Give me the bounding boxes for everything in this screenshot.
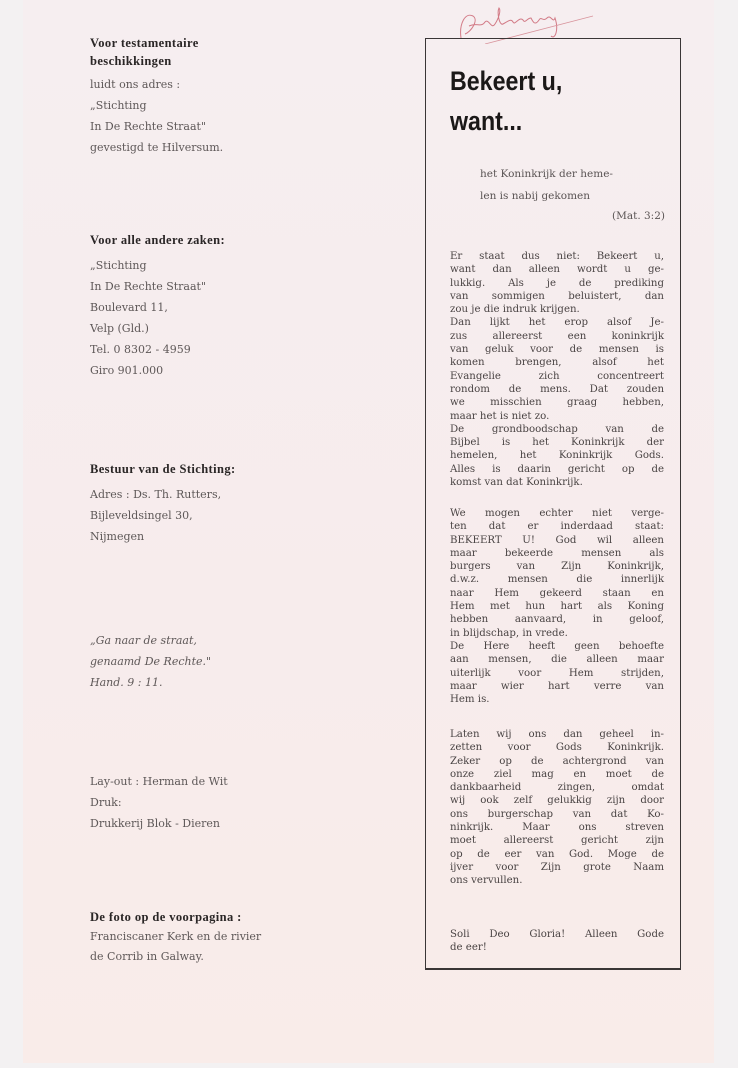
article-line: BEKEERT U! God wil alleen <box>450 534 664 547</box>
article-line: We mogen echter niet verge- <box>450 507 664 520</box>
article-line: De Here heeft geen behoefte <box>450 640 664 653</box>
bible-quote: „Ga naar de straat, genaamd De Rechte." … <box>90 630 330 693</box>
verse-line: len is nabij gekomen <box>480 185 665 207</box>
article-line: van sommigen beluistert, dan <box>450 290 664 303</box>
other-matters-section: Voor alle andere zaken: „Stichting In De… <box>90 231 330 381</box>
board-section: Bestuur van de Stichting: Adres : Ds. Th… <box>90 460 330 547</box>
article-line: ten dat er inderdaad staat: <box>450 520 664 533</box>
article-line: rondom de mens. Dat zouden <box>450 383 664 396</box>
article-line: dankbaarheid zingen, omdat <box>450 781 664 794</box>
article-paragraph-1: Er staat dus niet: Bekeert u,want dan al… <box>450 250 664 489</box>
article-line: Zeker op de achtergrond van <box>450 755 664 768</box>
article-line: ijver voor Zijn grote Naam <box>450 861 664 874</box>
text-line: „Stichting <box>90 95 330 116</box>
text-line: In De Rechte Straat" <box>90 116 330 137</box>
article-closing: Soli Deo Gloria! Alleen Godede eer! <box>450 928 664 955</box>
article-line: ons burgerschap van dat Ko- <box>450 808 664 821</box>
layout-credit: Lay-out : Herman de Wit <box>90 771 330 792</box>
testamentary-section: Voor testamentaire beschikkingen luidt o… <box>90 34 330 158</box>
verse-reference: (Mat. 3:2) <box>480 207 665 225</box>
testamentary-lines: luidt ons adres : „Stichting In De Recht… <box>90 74 330 158</box>
article-line: naar Hem gekeerd staan en <box>450 587 664 600</box>
article-line: Soli Deo Gloria! Alleen Gode <box>450 928 664 941</box>
article-line: Evangelie zich concentreert <box>450 370 664 383</box>
article-line: zus allereerst een koninkrijk <box>450 330 664 343</box>
print-label: Druk: <box>90 792 330 813</box>
article-line: wij ook zelf gelukkig zijn door <box>450 794 664 807</box>
article-line: hebben aanvaard, in geloof, <box>450 613 664 626</box>
text-line: Boulevard 11, <box>90 297 330 318</box>
article-line: De grondboodschap van de <box>450 423 664 436</box>
text-line: „Stichting <box>90 255 330 276</box>
article-line: maar wier hart verre van <box>450 680 664 693</box>
article-paragraph-2: We mogen echter niet verge-ten dat er in… <box>450 507 664 706</box>
quote-line: genaamd De Rechte." <box>90 651 330 672</box>
photo-section: De foto op de voorpagina : Franciscaner … <box>90 908 330 966</box>
text-line: gevestigd te Hilversum. <box>90 137 330 158</box>
article-line: want dan alleen wordt u ge- <box>450 263 664 276</box>
text-line: Adres : Ds. Th. Rutters, <box>90 484 330 505</box>
text-line: de Corrib in Galway. <box>90 947 330 967</box>
text-line: Bijleveldsingel 30, <box>90 505 330 526</box>
verse-quote: het Koninkrijk der heme- len is nabij ge… <box>480 163 665 225</box>
article-line: uiterlijk voor Hem strijden, <box>450 667 664 680</box>
board-heading: Bestuur van de Stichting: <box>90 460 330 478</box>
article-line: d.w.z. mensen die innerlijk <box>450 573 664 586</box>
article-line: Laten wij ons dan geheel in- <box>450 728 664 741</box>
phone-number: Tel. 0 8302 - 4959 <box>90 339 330 360</box>
photo-heading: De foto op de voorpagina : <box>90 908 330 926</box>
text-line: In De Rechte Straat" <box>90 276 330 297</box>
article-line: van geluk voor de mensen is <box>450 343 664 356</box>
article-line: lukkig. Als je de prediking <box>450 277 664 290</box>
article-line: maar bekeerde mensen als <box>450 547 664 560</box>
article-line: komst van dat Koninkrijk. <box>450 476 664 489</box>
text-line: Nijmegen <box>90 526 330 547</box>
article-line: in blijdschap, in vrede. <box>450 627 664 640</box>
article-line: zetten voor Gods Koninkrijk. <box>450 741 664 754</box>
article-paragraph-3: Laten wij ons dan geheel in-zetten voor … <box>450 728 664 888</box>
article-line: Dan lijkt het erop alsof Je- <box>450 316 664 329</box>
article-line: Hem met hun hart als Koning <box>450 600 664 613</box>
article-line: we misschien graag hebben, <box>450 396 664 409</box>
other-matters-heading: Voor alle andere zaken: <box>90 231 330 249</box>
article-line: onze ziel mag en moet de <box>450 768 664 781</box>
article-line: de eer! <box>450 941 664 954</box>
article-line: Bijbel is het Koninkrijk der <box>450 436 664 449</box>
article-line: op de eer van God. Moge de <box>450 848 664 861</box>
article-title: Bekeert u, want... <box>450 61 639 141</box>
quote-line: „Ga naar de straat, <box>90 630 330 651</box>
article-line: maar het is niet zo. <box>450 410 664 423</box>
credits-section: Lay-out : Herman de Wit Druk: Drukkerij … <box>90 771 330 834</box>
giro-number: Giro 901.000 <box>90 360 330 381</box>
text-line: Franciscaner Kerk en de rivier <box>90 927 330 947</box>
article-line: moet allereerst gericht zijn <box>450 834 664 847</box>
text-line: luidt ons adres : <box>90 74 330 95</box>
printer-credit: Drukkerij Blok - Dieren <box>90 813 330 834</box>
article-box: Bekeert u, want... het Koninkrijk der he… <box>425 38 681 970</box>
article-line: ons vervullen. <box>450 874 664 887</box>
article-line: Alles is daarin gericht op de <box>450 463 664 476</box>
article-line: burgers van Zijn Koninkrijk, <box>450 560 664 573</box>
article-line: Er staat dus niet: Bekeert u, <box>450 250 664 263</box>
article-line: aan mensen, die alleen maar <box>450 653 664 666</box>
verse-line: het Koninkrijk der heme- <box>480 163 665 185</box>
article-line: Hem is. <box>450 693 664 706</box>
article-line: zou je die indruk krijgen. <box>450 303 664 316</box>
article-line: komen brengen, alsof het <box>450 356 664 369</box>
quote-reference: Hand. 9 : 11. <box>90 672 330 693</box>
testamentary-heading: Voor testamentaire beschikkingen <box>90 34 330 70</box>
article-line: hemelen, het Koninkrijk Gods. <box>450 449 664 462</box>
text-line: Velp (Gld.) <box>90 318 330 339</box>
article-line: ninkrijk. Maar ons streven <box>450 821 664 834</box>
